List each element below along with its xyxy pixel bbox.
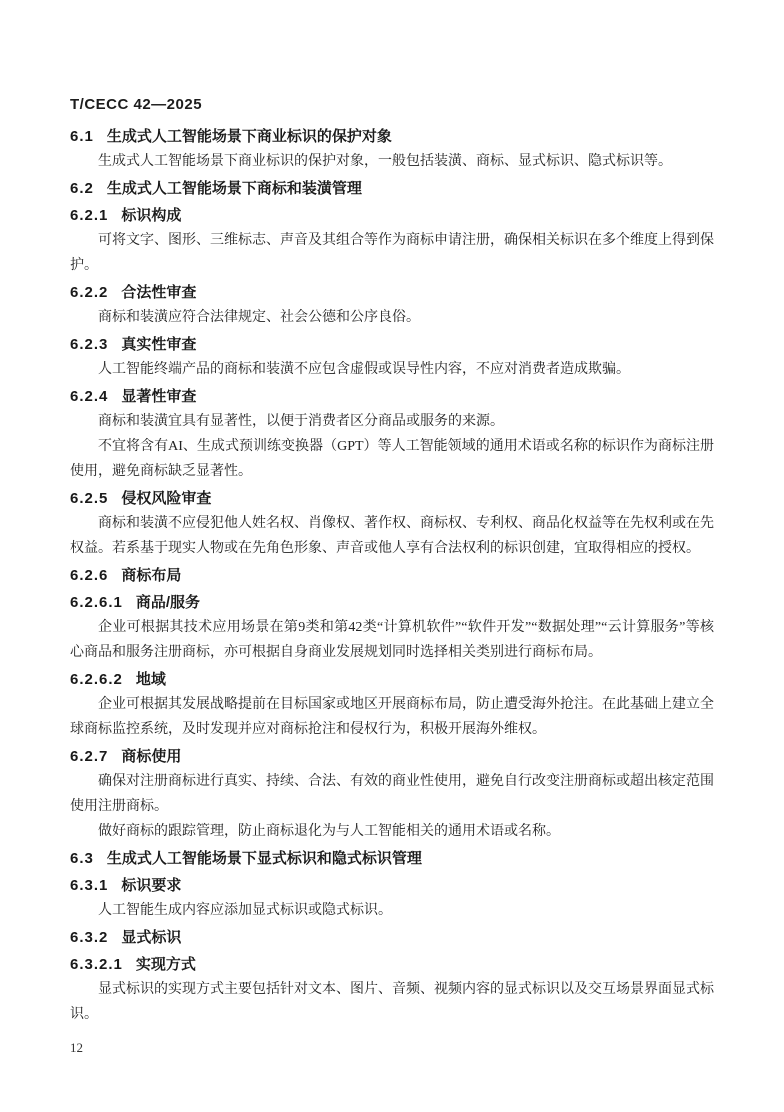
heading-number: 6.2.6.1 [70,594,123,611]
heading-title: 显式标识 [121,929,181,946]
heading-title: 真实性审查 [121,336,196,353]
paragraph: 人工智能终端产品的商标和装潢不应包含虚假或误导性内容，不应对消费者造成欺骗。 [70,357,714,382]
heading-number: 6.3 [70,850,94,867]
paragraph: 商标和装潢应符合法律规定、社会公德和公序良俗。 [70,305,714,330]
heading-title: 商品/服务 [136,594,200,611]
heading-title: 商标使用 [121,748,181,765]
heading-6-2-6: 6.2.6商标布局 [70,563,714,588]
heading-number: 6.2.6.2 [70,671,123,688]
heading-number: 6.3.2.1 [70,956,123,973]
heading-6-2-1: 6.2.1标识构成 [70,203,714,228]
heading-number: 6.2.6 [70,567,108,584]
heading-number: 6.2.7 [70,748,108,765]
heading-number: 6.2.2 [70,284,108,301]
heading-6-3-2-1: 6.3.2.1实现方式 [70,952,714,977]
heading-6-2-6-1: 6.2.6.1商品/服务 [70,590,714,615]
paragraph: 显式标识的实现方式主要包括针对文本、图片、音频、视频内容的显式标识以及交互场景界… [70,977,714,1027]
heading-title: 显著性审查 [121,388,196,405]
paragraph: 企业可根据其发展战略提前在目标国家或地区开展商标布局，防止遭受海外抢注。在此基础… [70,692,714,742]
heading-title: 侵权风险审查 [121,490,211,507]
heading-6-2-3: 6.2.3真实性审查 [70,332,714,357]
heading-number: 6.1 [70,128,94,145]
document-page: T/CECC 42—2025 6.1生成式人工智能场景下商业标识的保护对象 生成… [0,0,784,1112]
heading-title: 地域 [136,671,166,688]
heading-6-2-5: 6.2.5侵权风险审查 [70,486,714,511]
heading-number: 6.3.2 [70,929,108,946]
paragraph: 不宜将含有AI、生成式预训练变换器（GPT）等人工智能领域的通用术语或名称的标识… [70,434,714,484]
heading-6-3-2: 6.3.2显式标识 [70,925,714,950]
heading-6-2-6-2: 6.2.6.2地域 [70,667,714,692]
heading-title: 生成式人工智能场景下商标和装潢管理 [107,180,362,197]
paragraph: 企业可根据其技术应用场景在第9类和第42类“计算机软件”“软件开发”“数据处理”… [70,615,714,665]
heading-title: 生成式人工智能场景下商业标识的保护对象 [107,128,392,145]
heading-title: 实现方式 [136,956,196,973]
heading-number: 6.2.1 [70,207,108,224]
paragraph: 可将文字、图形、三维标志、声音及其组合等作为商标申请注册，确保相关标识在多个维度… [70,228,714,278]
heading-title: 生成式人工智能场景下显式标识和隐式标识管理 [107,850,422,867]
heading-title: 商标布局 [121,567,181,584]
heading-number: 6.2.3 [70,336,108,353]
page-number: 12 [70,1040,714,1056]
heading-number: 6.2.5 [70,490,108,507]
paragraph: 确保对注册商标进行真实、持续、合法、有效的商业性使用，避免自行改变注册商标或超出… [70,769,714,819]
heading-number: 6.2.4 [70,388,108,405]
paragraph: 做好商标的跟踪管理，防止商标退化为与人工智能相关的通用术语或名称。 [70,819,714,844]
heading-title: 标识构成 [121,207,181,224]
heading-title: 合法性审查 [121,284,196,301]
heading-6-2-2: 6.2.2合法性审查 [70,280,714,305]
heading-6-2-7: 6.2.7商标使用 [70,744,714,769]
doc-code: T/CECC 42—2025 [70,96,714,114]
paragraph: 生成式人工智能场景下商业标识的保护对象，一般包括装潢、商标、显式标识、隐式标识等… [70,149,714,174]
heading-6-2-4: 6.2.4显著性审查 [70,384,714,409]
heading-number: 6.3.1 [70,877,108,894]
heading-6-3-1: 6.3.1标识要求 [70,873,714,898]
paragraph: 商标和装潢宜具有显著性，以便于消费者区分商品或服务的来源。 [70,409,714,434]
heading-6-2: 6.2生成式人工智能场景下商标和装潢管理 [70,176,714,201]
paragraph: 人工智能生成内容应添加显式标识或隐式标识。 [70,898,714,923]
heading-6-3: 6.3生成式人工智能场景下显式标识和隐式标识管理 [70,846,714,871]
heading-number: 6.2 [70,180,94,197]
heading-title: 标识要求 [121,877,181,894]
heading-6-1: 6.1生成式人工智能场景下商业标识的保护对象 [70,124,714,149]
paragraph: 商标和装潢不应侵犯他人姓名权、肖像权、著作权、商标权、专利权、商品化权益等在先权… [70,511,714,561]
